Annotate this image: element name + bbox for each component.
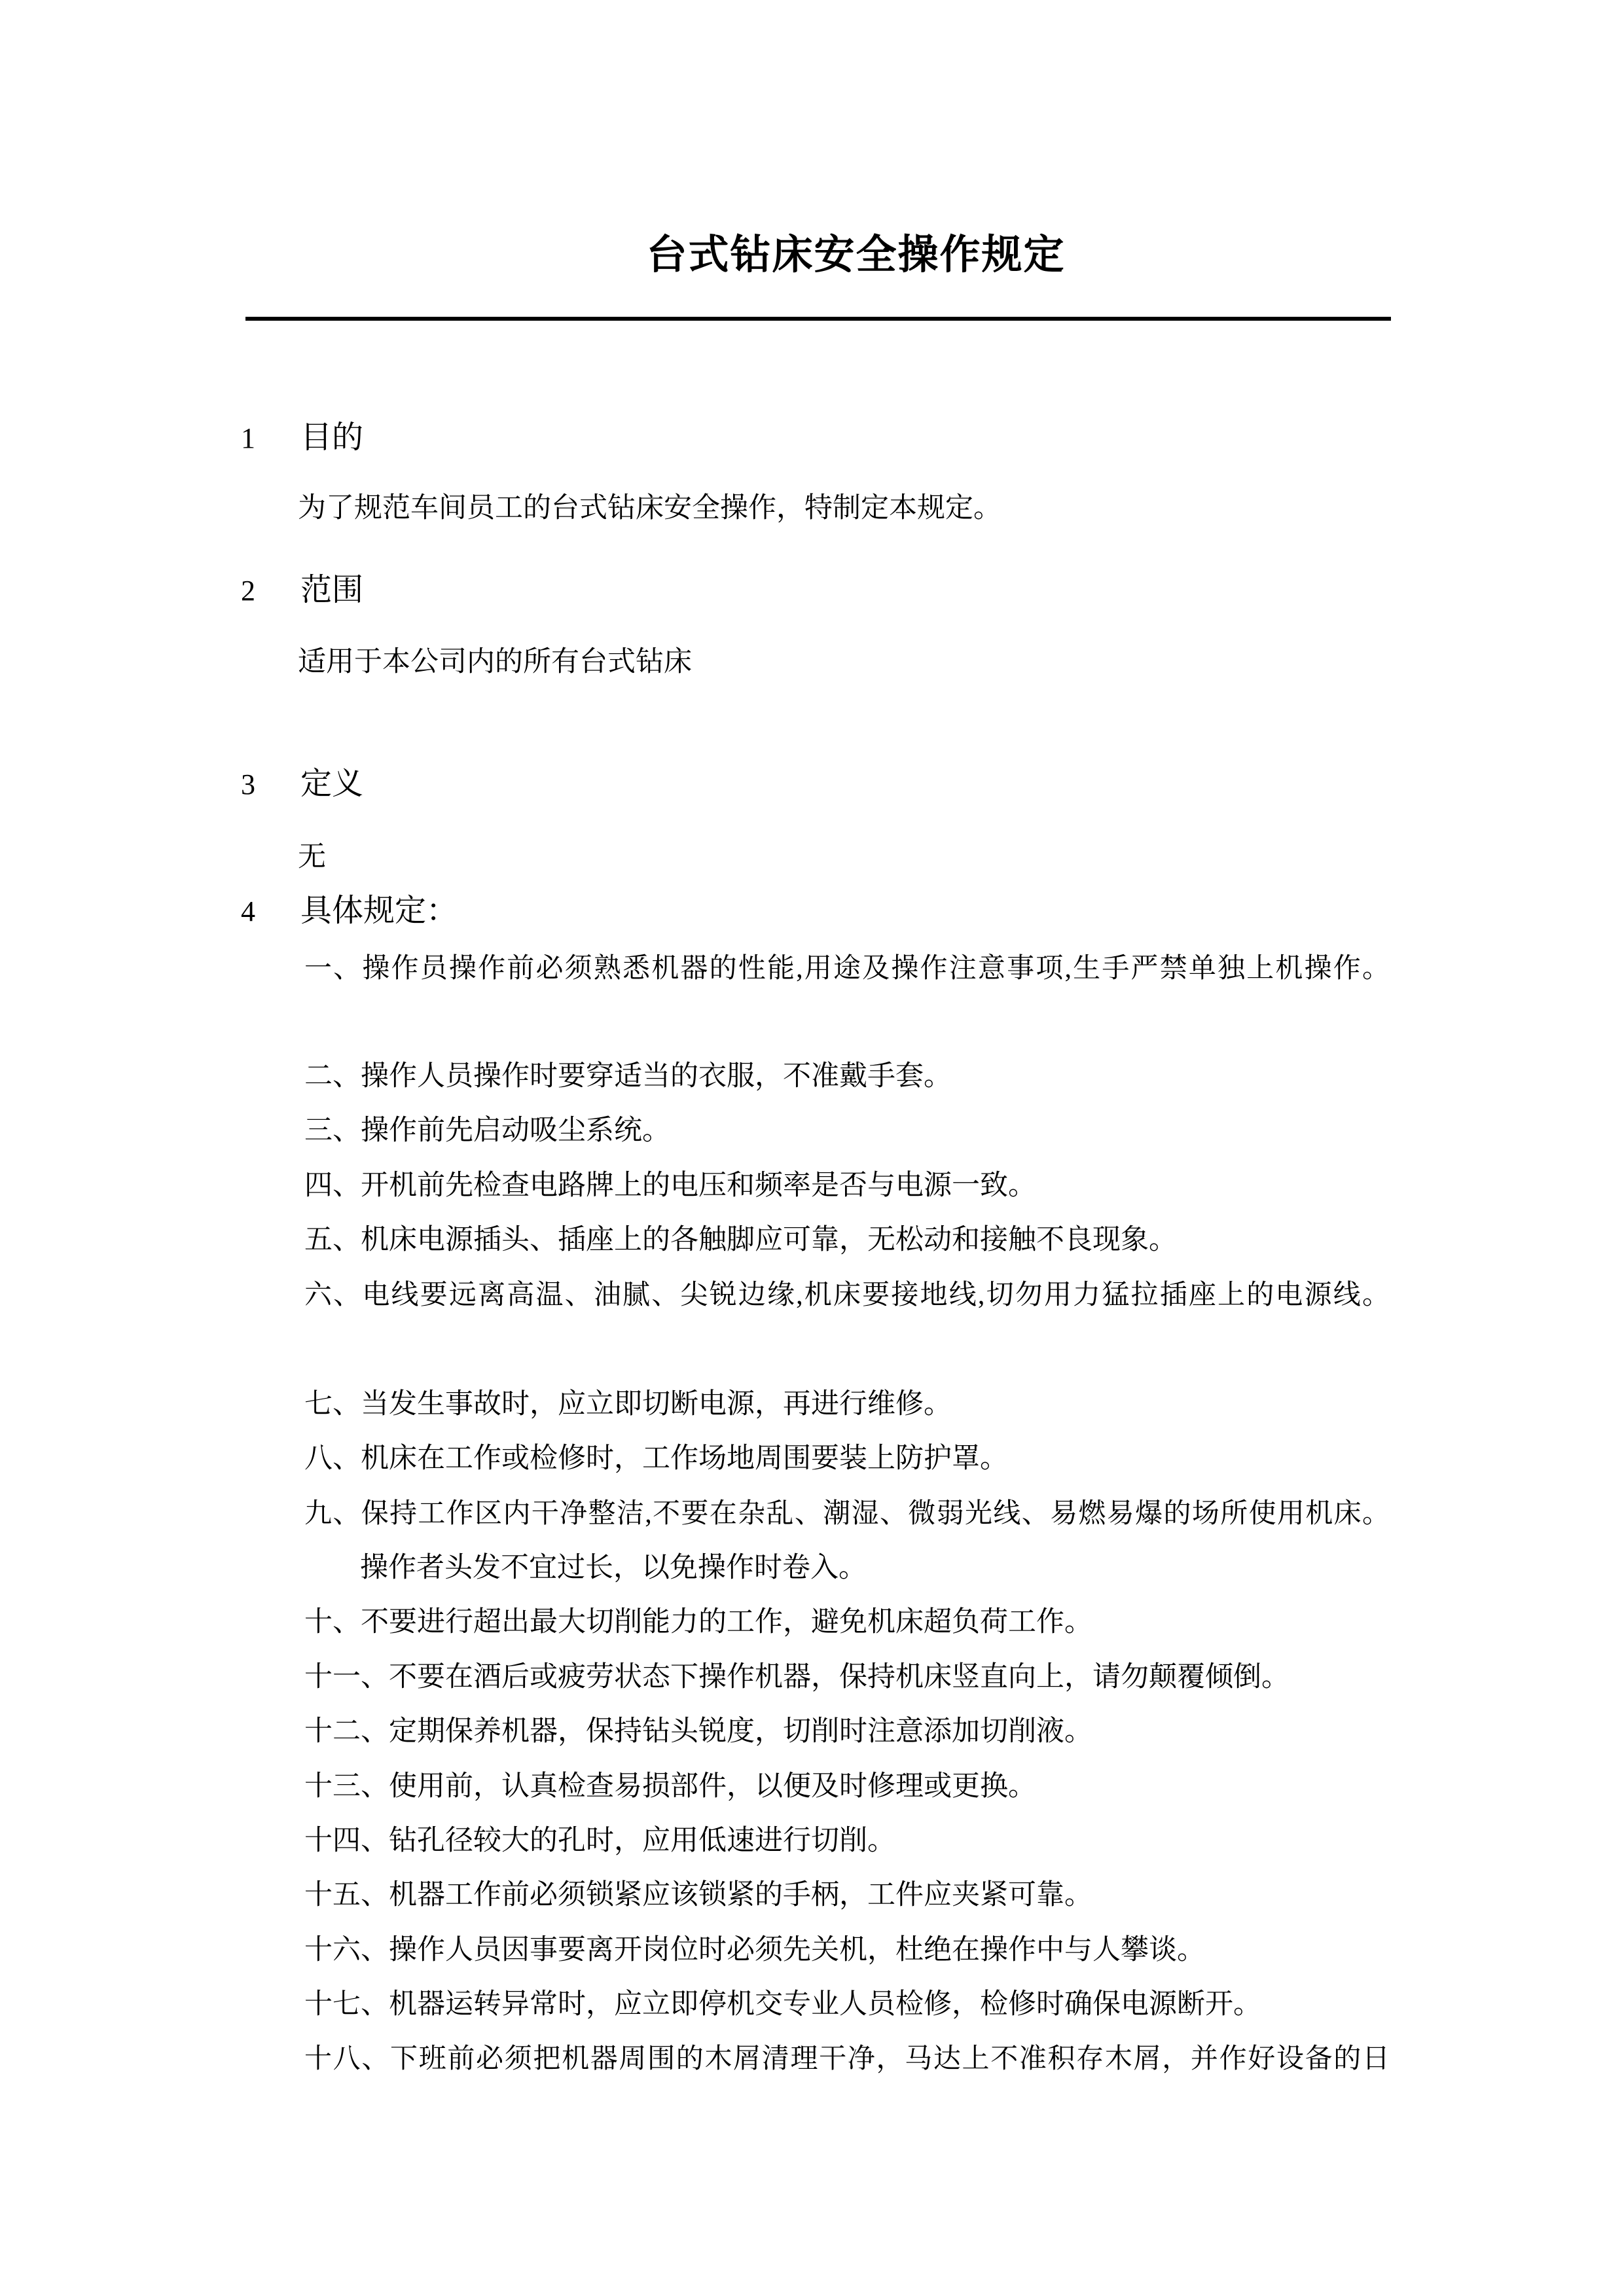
rule-item-9-continuation: 操作者头发不宜过长，以免操作时卷入。 [360,1549,867,1588]
rule-item-11: 十一、不要在酒后或疲劳状态下操作机器，保持机床竖直向上，请勿颠覆倾倒。 [304,1658,1290,1697]
section-heading-label: 具体规定： [300,893,458,928]
title-underline-rule [245,317,1391,321]
rule-item-14: 十四、钻孔径较大的孔时，应用低速进行切削。 [304,1821,895,1861]
rule-item-2: 二、操作人员操作时要穿适当的衣服，不准戴手套。 [304,1057,952,1096]
section-heading-purpose: 1目的 [241,418,363,458]
rule-item-4: 四、开机前先检查电路牌上的电压和频率是否与电源一致。 [304,1166,1036,1206]
rule-item-16: 十六、操作人员因事要离开岗位时必须先关机，杜绝在操作中与人攀谈。 [304,1931,1205,1970]
section-body-purpose: 为了规范车间员工的台式钻床安全操作，特制定本规定。 [298,489,1001,528]
section-number: 4 [241,892,300,931]
rule-item-6: 六、电线要远离高温、油腻、尖锐边缘,机床要接地线,切勿用力猛拉插座上的电源线。 [304,1276,1390,1315]
rule-item-13: 十三、使用前，认真检查易损部件，以便及时修理或更换。 [304,1767,1036,1806]
rule-item-10: 十、不要进行超出最大切削能力的工作，避免机床超负荷工作。 [304,1603,1092,1642]
rule-item-12: 十二、定期保养机器，保持钻头锐度，切削时注意添加切削液。 [304,1712,1092,1751]
section-heading-scope: 2范围 [241,571,363,611]
section-heading-definition: 3定义 [241,764,363,804]
document-page: 台式钻床安全操作规定 1目的 为了规范车间员工的台式钻床安全操作，特制定本规定。… [0,0,1624,2296]
section-number: 3 [241,765,300,804]
section-heading-regulations: 4具体规定： [241,891,458,931]
rule-item-17: 十七、机器运转异常时，应立即停机交专业人员检修，检修时确保电源断开。 [304,1985,1261,2024]
section-heading-label: 目的 [300,420,363,455]
rule-item-5: 五、机床电源插头、插座上的各触脚应可靠，无松动和接触不良现象。 [304,1221,1177,1260]
rule-item-15: 十五、机器工作前必须锁紧应该锁紧的手柄，工件应夹紧可靠。 [304,1876,1092,1915]
section-body-scope: 适用于本公司内的所有台式钻床 [298,643,692,682]
section-number: 1 [241,419,300,458]
rule-item-8: 八、机床在工作或检修时，工作场地周围要装上防护罩。 [304,1439,1008,1479]
document-title: 台式钻床安全操作规定 [44,228,1624,283]
rule-item-3: 三、操作前先启动吸尘系统。 [304,1111,670,1151]
section-heading-label: 定义 [300,766,363,801]
rule-item-9: 九、保持工作区内干净整洁,不要在杂乱、潮湿、微弱光线、易燃易爆的场所使用机床。 [304,1494,1390,1534]
rule-item-7: 七、当发生事故时，应立即切断电源，再进行维修。 [304,1385,952,1424]
section-body-definition: 无 [298,838,326,877]
rule-item-1: 一、操作员操作前必须熟悉机器的性能,用途及操作注意事项,生手严禁单独上机操作。 [304,949,1390,988]
rule-item-18: 十八、下班前必须把机器周围的木屑清理干净，马达上不准积存木屑，并作好设备的日 [304,2039,1390,2079]
section-number: 2 [241,571,300,611]
section-heading-label: 范围 [300,573,363,607]
